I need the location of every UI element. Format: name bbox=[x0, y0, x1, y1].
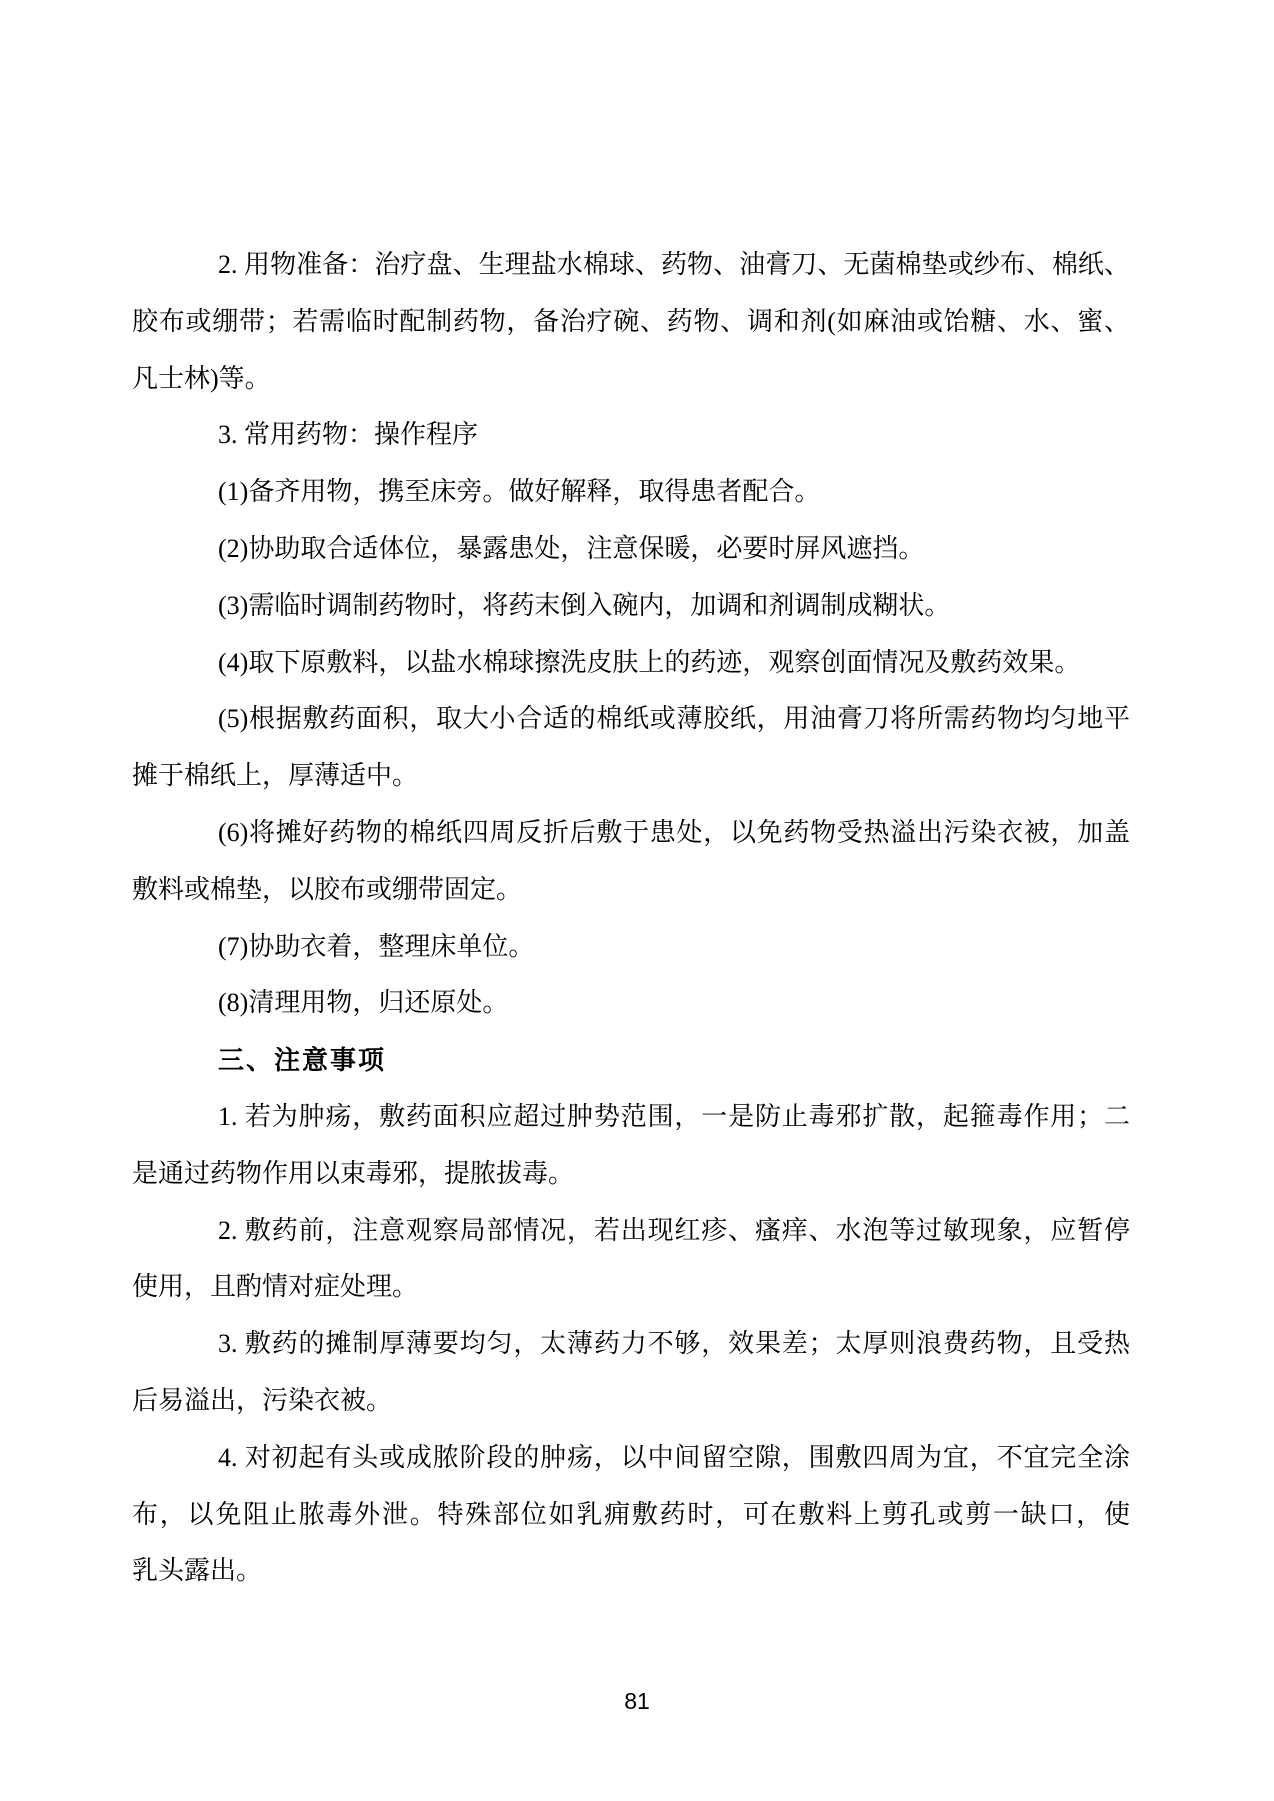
section-heading-notes: 三、注意事项 bbox=[132, 1032, 1130, 1089]
text-line: (8)清理用物，归还原处。 bbox=[132, 975, 1130, 1032]
text-line: 摊于棉纸上，厚薄适中。 bbox=[132, 748, 1130, 805]
text-line: 3. 常用药物：操作程序 bbox=[132, 407, 1130, 464]
text-line: 胶布或绷带；若需临时配制药物，备治疗碗、药物、调和剂(如麻油或饴糖、水、蜜、 bbox=[132, 294, 1130, 351]
text-line: (1)备齐用物，携至床旁。做好解释，取得患者配合。 bbox=[132, 464, 1130, 521]
text-line: 3. 敷药的摊制厚薄要均匀，太薄药力不够，效果差；太厚则浪费药物，且受热 bbox=[132, 1316, 1130, 1373]
document-page: 2. 用物准备：治疗盘、生理盐水棉球、药物、油膏刀、无菌棉垫或纱布、棉纸、 胶布… bbox=[0, 0, 1274, 1801]
text-line: 布，以免阻止脓毒外泄。特殊部位如乳痈敷药时，可在敷料上剪孔或剪一缺口，使 bbox=[132, 1487, 1130, 1544]
text-line: 后易溢出，污染衣被。 bbox=[132, 1373, 1130, 1430]
text-line: 1. 若为肿疡，敷药面积应超过肿势范围，一是防止毒邪扩散，起箍毒作用；二 bbox=[132, 1089, 1130, 1146]
text-line: 2. 用物准备：治疗盘、生理盐水棉球、药物、油膏刀、无菌棉垫或纱布、棉纸、 bbox=[132, 237, 1130, 294]
text-line: 敷料或棉垫，以胶布或绷带固定。 bbox=[132, 862, 1130, 919]
text-line: (7)协助衣着，整理床单位。 bbox=[132, 919, 1130, 976]
text-line: 4. 对初起有头或成脓阶段的肿疡，以中间留空隙，围敷四周为宜，不宜完全涂 bbox=[132, 1430, 1130, 1487]
text-line: (2)协助取合适体位，暴露患处，注意保暖，必要时屏风遮挡。 bbox=[132, 521, 1130, 578]
text-line: 凡士林)等。 bbox=[132, 351, 1130, 408]
text-line: (5)根据敷药面积，取大小合适的棉纸或薄胶纸，用油膏刀将所需药物均匀地平 bbox=[132, 691, 1130, 748]
page-number: 81 bbox=[0, 1688, 1274, 1715]
text-line: 乳头露出。 bbox=[132, 1543, 1130, 1600]
text-line: 是通过药物作用以束毒邪，提脓拔毒。 bbox=[132, 1146, 1130, 1203]
text-line: 2. 敷药前，注意观察局部情况，若出现红疹、瘙痒、水泡等过敏现象，应暂停 bbox=[132, 1203, 1130, 1260]
text-line: (6)将摊好药物的棉纸四周反折后敷于患处，以免药物受热溢出污染衣被，加盖 bbox=[132, 805, 1130, 862]
text-line: 使用，且酌情对症处理。 bbox=[132, 1259, 1130, 1316]
text-line: (3)需临时调制药物时，将药末倒入碗内，加调和剂调制成糊状。 bbox=[132, 578, 1130, 635]
text-column: 2. 用物准备：治疗盘、生理盐水棉球、药物、油膏刀、无菌棉垫或纱布、棉纸、 胶布… bbox=[132, 237, 1130, 1600]
text-line: (4)取下原敷料，以盐水棉球擦洗皮肤上的药迹，观察创面情况及敷药效果。 bbox=[132, 635, 1130, 692]
